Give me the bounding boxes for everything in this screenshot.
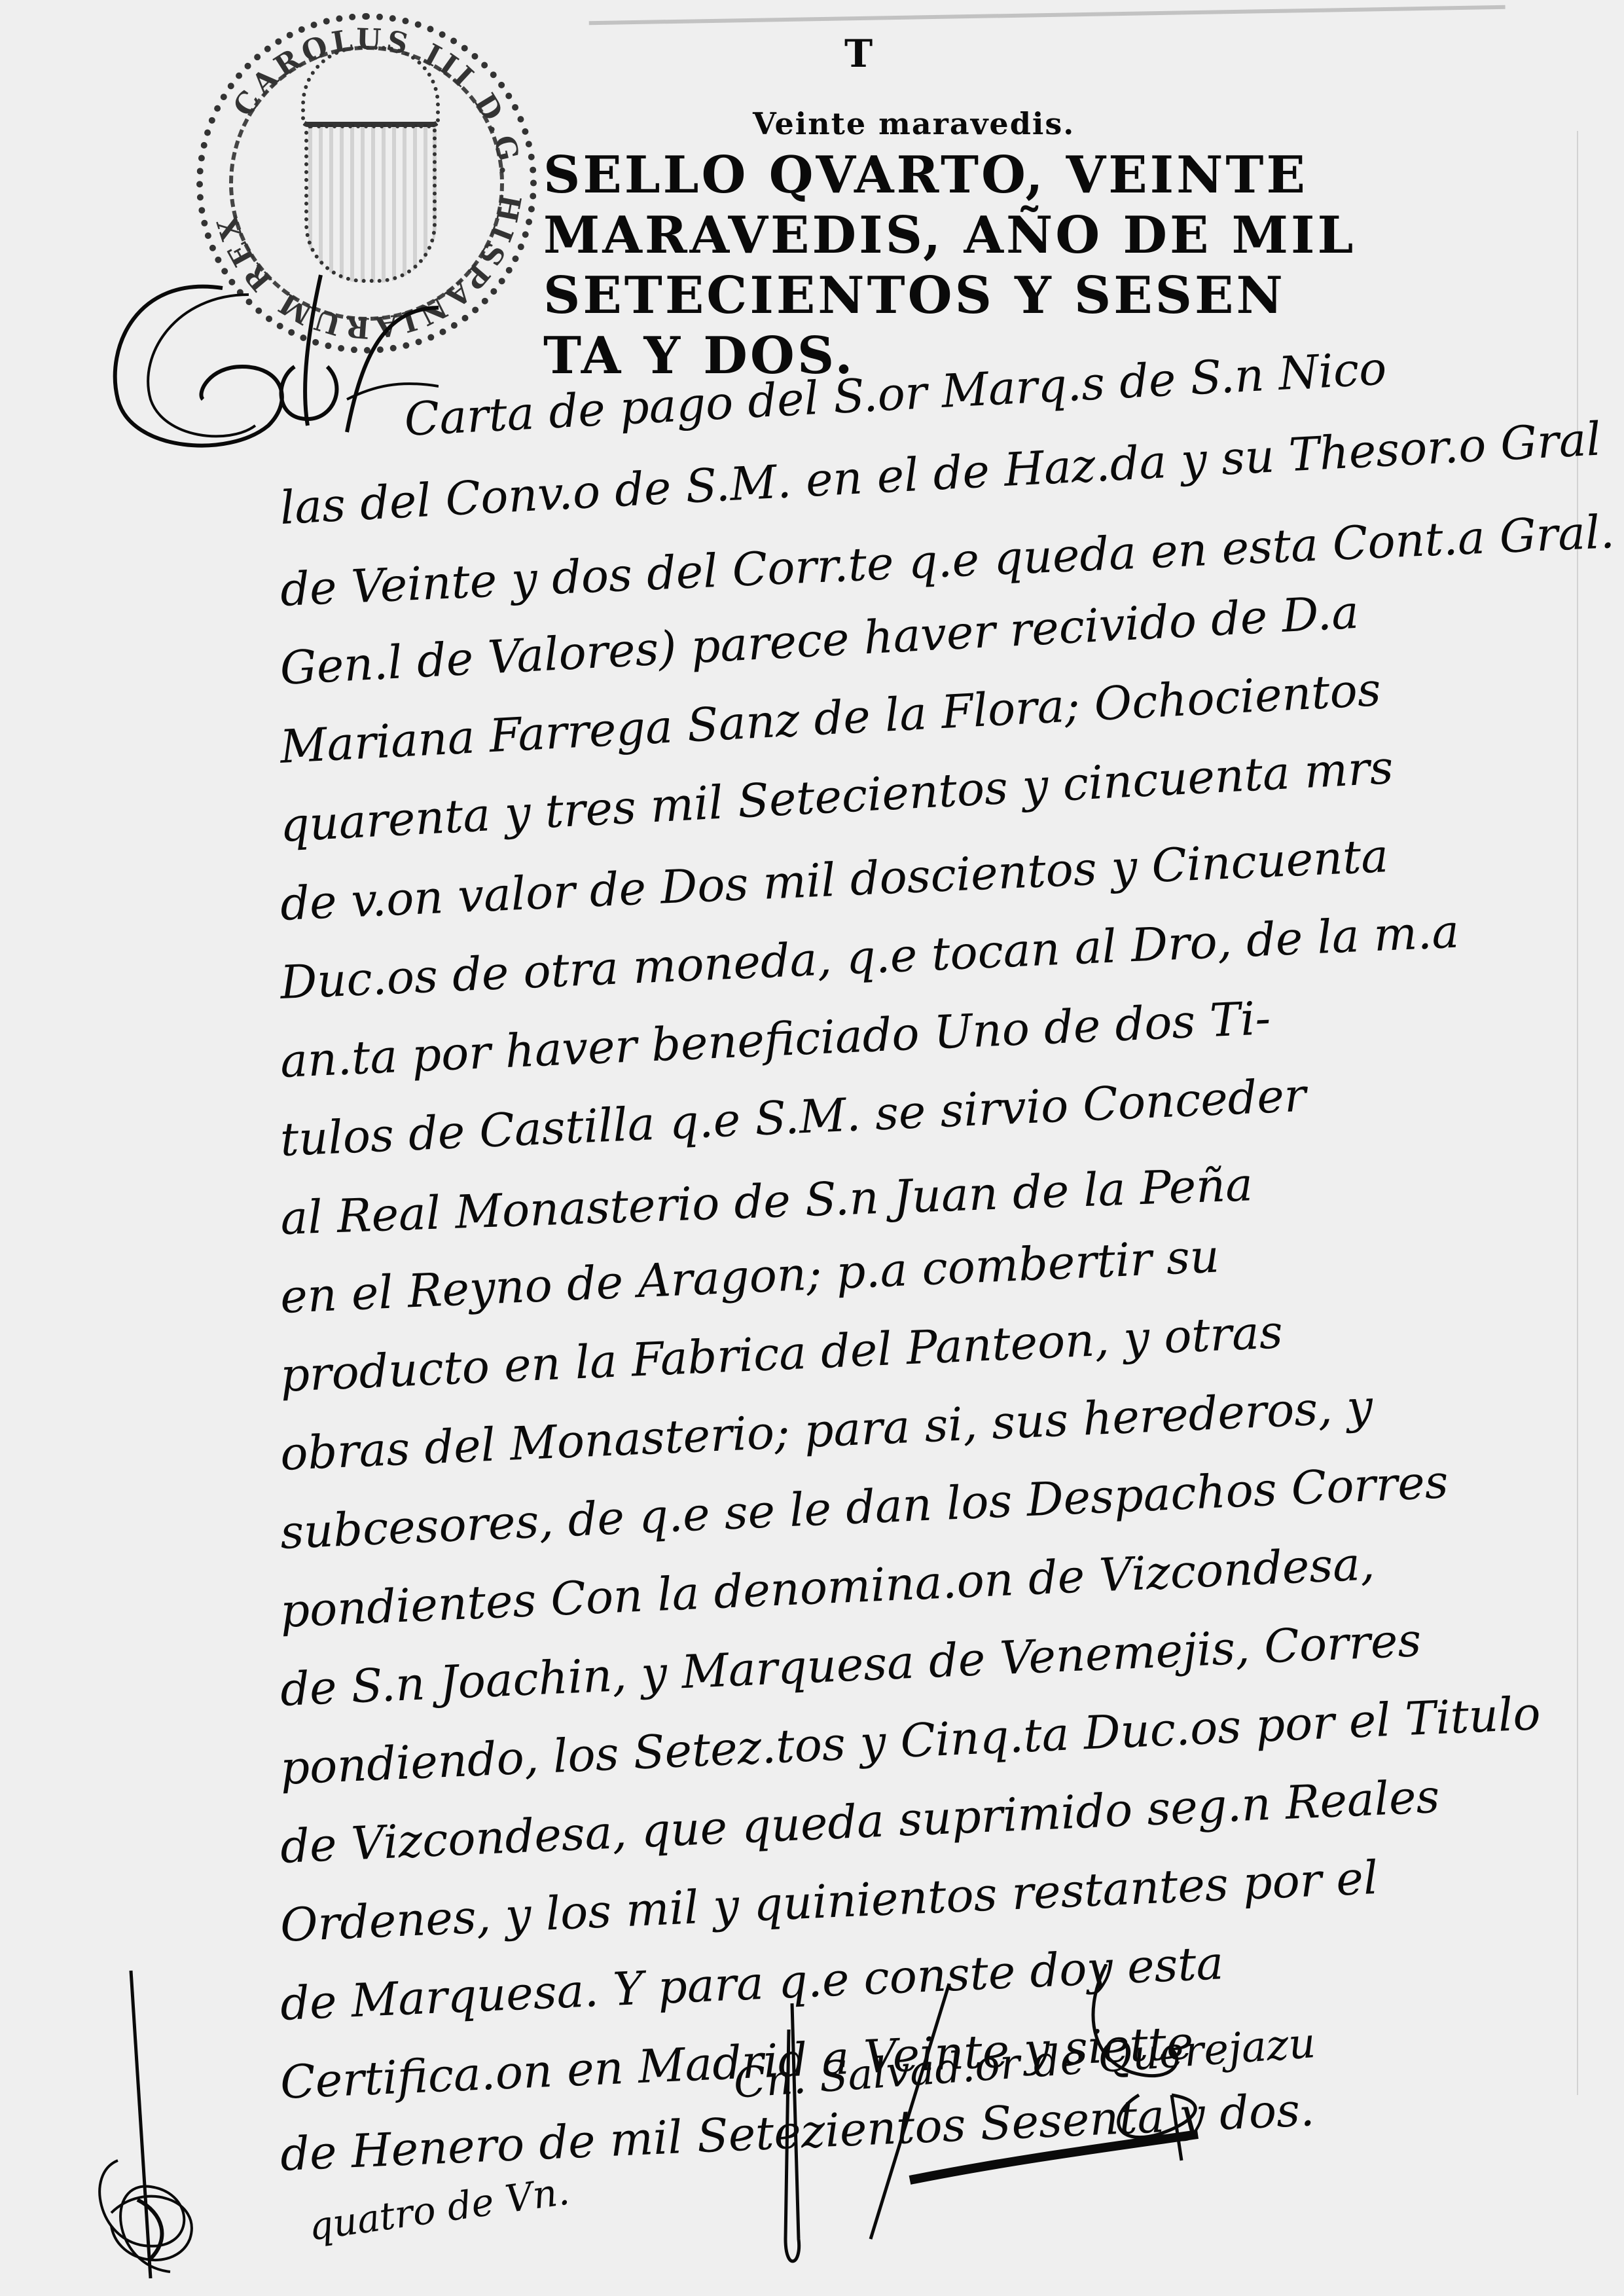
body-line: tulos de Castilla q.e S.M. se sirvio Con… — [279, 1068, 1307, 1167]
body-line: en el Reyno de Aragon; p.a combertir su — [279, 1229, 1220, 1324]
paper-edge-mark — [589, 5, 1506, 51]
decorative-initial-icon — [98, 268, 439, 465]
body-line: al Real Monasterio de S.n Juan de la Peñ… — [280, 1157, 1254, 1245]
rubric-flourish-icon — [92, 1964, 262, 2291]
stamp-line: MARAVEDIS, AÑO DE MIL — [543, 206, 1394, 266]
signature-flourish-icon — [713, 1964, 1303, 2278]
left-margin-note: quatro de Vn. — [306, 2168, 572, 2249]
stamp-line: SELLO QVARTO, VEINTE — [543, 145, 1394, 206]
body-line: producto en la Fabrica del Panteon, y ot… — [279, 1305, 1284, 1402]
body-line: an.ta por haver beneficiado Uno de dos T… — [279, 991, 1271, 1088]
stamp-line: SETECIENTOS Y SESEN — [543, 266, 1394, 326]
tax-mark: T — [844, 31, 873, 76]
document-page: CAROLUS III D.G. HISPANIARUM REX T Veint… — [0, 0, 1624, 2296]
stamp-value-line: Veinte maravedis. — [753, 106, 1075, 141]
